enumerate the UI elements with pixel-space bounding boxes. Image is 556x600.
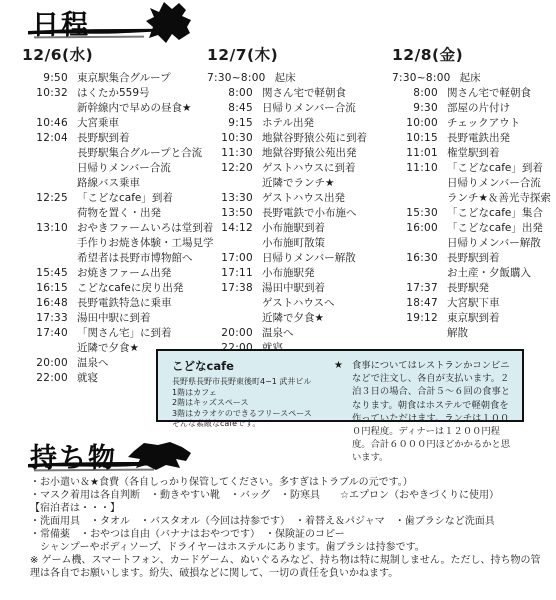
item-time: 16:30 — [392, 251, 438, 266]
item-time: 16:15 — [22, 281, 68, 296]
item-time — [392, 236, 438, 251]
item-text: 日帰りメンバー解散 — [447, 236, 541, 251]
item-text: 部屋の片付け — [447, 101, 510, 116]
schedule-item: 16:30長野駅到着 — [392, 251, 556, 266]
item-time — [392, 266, 438, 281]
schedule-item: 13:50長野電鉄で小布施へ — [207, 206, 391, 221]
item-text: チェックアウト — [447, 116, 520, 131]
item-text: 東京駅集合グループ — [77, 71, 171, 86]
schedule-item: 小布施町散策 — [207, 236, 391, 251]
schedule-item: 8:00関さん宅で軽朝食 — [207, 86, 391, 101]
item-text: ゲストハウスへ — [262, 296, 335, 311]
item-text: ホテル出発 — [262, 116, 314, 131]
item-text: 起床 — [275, 71, 296, 86]
item-time: 10:32 — [22, 86, 68, 101]
item-time: 10:46 — [22, 116, 68, 131]
item-time: 7:30~8:00 — [207, 71, 266, 86]
item-text: 大宮乗車 — [77, 116, 119, 131]
item-text: 長野電鉄特急に乗車 — [77, 296, 172, 311]
item-text: 小布施駅発 — [262, 266, 315, 281]
item-time: 17:40 — [22, 326, 68, 341]
item-text: 長野駅到着 — [447, 251, 500, 266]
item-time — [22, 146, 68, 161]
schedule-item: 10:15長野電鉄出発 — [392, 131, 556, 146]
item-text: 「関さん宅」に到着 — [77, 326, 172, 341]
animal-silhouette-icon — [128, 441, 192, 471]
item-time: 16:48 — [22, 296, 68, 311]
schedule-item: 12:04長野駅到着 — [22, 131, 206, 146]
item-time: 10:15 — [392, 131, 438, 146]
item-text: 温泉へ — [262, 326, 294, 341]
item-text: 路線バス乗車 — [77, 176, 140, 191]
schedule-item: 17:00日帰りメンバー解散 — [207, 251, 391, 266]
schedule-item: 18:47大宮駅下車 — [392, 296, 556, 311]
item-time — [22, 176, 68, 191]
item-text: ランチ★＆善光寺探索 — [447, 191, 551, 206]
cafe-info-note: ★ 食事についてはレストランかコンビニなどで注文し、各自が支払います。２泊３日の… — [326, 351, 522, 420]
item-text: 新幹線内で早めの昼食★ — [77, 101, 191, 116]
cafe-detail-line: 2階はキッズスペース — [172, 398, 324, 409]
cafe-detail-line: 1階はカフェ — [172, 388, 324, 399]
item-time: 9:15 — [207, 116, 253, 131]
day-heading: 12/7(木) — [207, 43, 391, 65]
item-text: 湯田中駅に到着 — [77, 311, 151, 326]
item-text: 荷物を置く・出発 — [77, 206, 161, 221]
day-column: 12/8(金)7:30~8:00起床8:00関さん宅で軽朝食9:30部屋の片付け… — [392, 43, 556, 341]
schedule-item: 8:00関さん宅で軽朝食 — [392, 86, 556, 101]
item-time — [22, 206, 68, 221]
schedule-item: 14:12小布施駅到着 — [207, 221, 391, 236]
cafe-detail-line: そんな素敵なcafeです。 — [172, 419, 324, 430]
item-text: 就寝 — [77, 371, 98, 386]
item-time: 9:30 — [392, 101, 438, 116]
item-text: 大宮駅下車 — [447, 296, 500, 311]
item-time: 15:45 — [22, 266, 68, 281]
item-time: 13:50 — [207, 206, 253, 221]
item-time — [207, 176, 253, 191]
item-time: 8:45 — [207, 101, 253, 116]
item-text: はくたか559号 — [77, 86, 150, 101]
schedule-item: 10:46大宮乗車 — [22, 116, 206, 131]
schedule-item: 10:32はくたか559号 — [22, 86, 206, 101]
item-time: 11:30 — [207, 146, 253, 161]
schedule-item: 13:30ゲストハウス出発 — [207, 191, 391, 206]
item-time: 10:00 — [392, 116, 438, 131]
item-text: 日帰りメンバー合流 — [262, 101, 356, 116]
item-time: 14:12 — [207, 221, 253, 236]
item-time — [207, 236, 253, 251]
schedule-item: 17:37長野駅発 — [392, 281, 556, 296]
item-text: 小布施町散策 — [262, 236, 325, 251]
schedule-item: 11:01権堂駅到着 — [392, 146, 556, 161]
schedule-item: 11:10「こどなcafe」到着 — [392, 161, 556, 176]
belongings-line: シャンプーやボディソープ、ドライヤーはホステルにあります。歯ブラシは持参です。 — [30, 541, 544, 554]
item-time — [22, 236, 68, 251]
item-text: 希望者は長野市博物館へ — [77, 251, 193, 266]
item-text: ゲストハウス出発 — [262, 191, 345, 206]
schedule-item: 17:33湯田中駅に到着 — [22, 311, 206, 326]
schedule-item: 8:45日帰りメンバー合流 — [207, 101, 391, 116]
item-text: 手作りお焼き体験・工場見学 — [77, 236, 214, 251]
schedule-item: 手作りお焼き体験・工場見学 — [22, 236, 206, 251]
item-text: 温泉へ — [77, 356, 109, 371]
belongings-title: 持ち物 — [30, 436, 117, 475]
item-text: お土産・夕飯購入 — [447, 266, 531, 281]
belongings-line: ・常備薬 ・おやつは自由（バナナはおやつです） ・保険証のコピー — [30, 528, 544, 541]
schedule-item: 近隣でランチ★ — [207, 176, 391, 191]
schedule-item: 日帰りメンバー合流 — [22, 161, 206, 176]
item-time: 10:30 — [207, 131, 253, 146]
item-time: 7:30~8:00 — [392, 71, 451, 86]
item-time: 13:30 — [207, 191, 253, 206]
item-text: 湯田中駅到着 — [262, 281, 325, 296]
day-heading: 12/6(水) — [22, 43, 206, 65]
item-time: 11:01 — [392, 146, 438, 161]
item-time: 13:10 — [22, 221, 68, 236]
schedule-item: 16:00「こどなcafe」出発 — [392, 221, 556, 236]
meal-note-text: 食事についてはレストランかコンビニなどで注文し、各自が支払います。２泊３日の場合… — [352, 359, 512, 465]
item-time: 9:50 — [22, 71, 68, 86]
item-time: 11:10 — [392, 161, 438, 176]
item-time: 22:00 — [22, 371, 68, 386]
item-time: 15:30 — [392, 206, 438, 221]
schedule-item: ランチ★＆善光寺探索 — [392, 191, 556, 206]
cafe-details: 長野県長野市長野東後町4−1 武井ビル1階はカフェ2階はキッズスペース3階はカラ… — [172, 377, 324, 430]
item-text: 関さん宅で軽朝食 — [447, 86, 531, 101]
belongings-line: ・お小遣い＆★食費（各自しっかり保管してください。多すぎはトラブルの元です。） — [30, 476, 544, 489]
item-time: 17:33 — [22, 311, 68, 326]
belongings-line: ※ ゲーム機、スマートフォン、カードゲーム、ぬいぐるみなど、持ち物は特に規制しま… — [30, 554, 544, 580]
cafe-info-box: こどなcafe 長野県長野市長野東後町4−1 武井ビル1階はカフェ2階はキッズス… — [156, 349, 524, 422]
nagano-silhouette-icon — [146, 0, 192, 44]
item-text: 近隣で夕食★ — [77, 341, 139, 356]
item-text: 近隣でランチ★ — [262, 176, 334, 191]
schedule-item: 12:25「こどなcafe」到着 — [22, 191, 206, 206]
item-text: 日帰りメンバー合流 — [447, 176, 541, 191]
item-text: 地獄谷野猿公苑に到着 — [262, 131, 367, 146]
schedule-item: 希望者は長野市博物館へ — [22, 251, 206, 266]
schedule-item: 9:15ホテル出発 — [207, 116, 391, 131]
item-time: 8:00 — [392, 86, 438, 101]
schedule-item: 10:30地獄谷野猿公苑に到着 — [207, 131, 391, 146]
item-time — [22, 161, 68, 176]
item-time: 18:47 — [392, 296, 438, 311]
item-time: 12:20 — [207, 161, 253, 176]
cafe-name: こどなcafe — [172, 358, 324, 374]
item-time — [207, 296, 253, 311]
item-time: 19:12 — [392, 311, 438, 326]
item-text: 「こどなcafe」到着 — [447, 161, 543, 176]
schedule-item: 15:30「こどなcafe」集合 — [392, 206, 556, 221]
schedule-item: 7:30~8:00起床 — [392, 71, 556, 86]
item-time: 17:00 — [207, 251, 253, 266]
item-text: 長野駅集合グループと合流 — [77, 146, 202, 161]
item-text: お焼きファーム出発 — [77, 266, 171, 281]
item-text: 起床 — [460, 71, 481, 86]
item-text: 東京駅到着 — [447, 311, 500, 326]
day-column: 12/6(水)9:50東京駅集合グループ10:32はくたか559号新幹線内で早め… — [22, 43, 206, 386]
item-time — [207, 311, 253, 326]
item-time: 12:25 — [22, 191, 68, 206]
schedule-item: 17:40「関さん宅」に到着 — [22, 326, 206, 341]
schedule-title: 日程 — [32, 3, 90, 42]
star-icon: ★ — [334, 359, 343, 372]
schedule-item: 10:00チェックアウト — [392, 116, 556, 131]
schedule-item: 日帰りメンバー合流 — [392, 176, 556, 191]
item-text: 「こどなcafe」集合 — [447, 206, 543, 221]
item-text: 解散 — [447, 326, 468, 341]
item-time — [392, 326, 438, 341]
item-text: 小布施駅到着 — [262, 221, 325, 236]
item-text: 「こどなcafe」出発 — [447, 221, 543, 236]
schedule-item: 日帰りメンバー解散 — [392, 236, 556, 251]
item-text: 権堂駅到着 — [447, 146, 500, 161]
item-time: 20:00 — [22, 356, 68, 371]
item-text: 「こどなcafe」到着 — [77, 191, 173, 206]
item-text: 日帰りメンバー解散 — [262, 251, 356, 266]
item-text: ゲストハウスに到着 — [262, 161, 356, 176]
item-time: 17:37 — [392, 281, 438, 296]
item-time: 16:00 — [392, 221, 438, 236]
item-text: 長野駅到着 — [77, 131, 130, 146]
item-time — [392, 176, 438, 191]
schedule-item: 新幹線内で早めの昼食★ — [22, 101, 206, 116]
item-time: 12:04 — [22, 131, 68, 146]
belongings-list: ・お小遣い＆★食費（各自しっかり保管してください。多すぎはトラブルの元です。）・… — [30, 476, 544, 580]
item-time — [22, 101, 68, 116]
cafe-info-left: こどなcafe 長野県長野市長野東後町4−1 武井ビル1階はカフェ2階はキッズス… — [158, 351, 326, 420]
item-time — [22, 341, 68, 356]
cafe-detail-line: 3階はカラオケのできるフリースペース — [172, 409, 324, 420]
schedule-item: 11:30地獄谷野猿公苑出発 — [207, 146, 391, 161]
schedule-item: 12:20ゲストハウスに到着 — [207, 161, 391, 176]
schedule-item: 長野駅集合グループと合流 — [22, 146, 206, 161]
schedule-item: 17:11小布施駅発 — [207, 266, 391, 281]
item-time: 17:11 — [207, 266, 253, 281]
item-text: 関さん宅で軽朝食 — [262, 86, 346, 101]
item-time — [22, 251, 68, 266]
schedule-item: ゲストハウスへ — [207, 296, 391, 311]
schedule-item: 路線バス乗車 — [22, 176, 206, 191]
schedule-item: 15:45お焼きファーム出発 — [22, 266, 206, 281]
schedule-item: 16:15こどなcafeに戻り出発 — [22, 281, 206, 296]
schedule-item: 13:10おやきファームいろは堂到着 — [22, 221, 206, 236]
item-text: 長野駅発 — [447, 281, 489, 296]
schedule-item: 解散 — [392, 326, 556, 341]
schedule-item: 20:00温泉へ — [207, 326, 391, 341]
schedule-item: 9:30部屋の片付け — [392, 101, 556, 116]
schedule-item: 16:48長野電鉄特急に乗車 — [22, 296, 206, 311]
item-time: 20:00 — [207, 326, 253, 341]
item-time: 8:00 — [207, 86, 253, 101]
schedule-item: 9:50東京駅集合グループ — [22, 71, 206, 86]
schedule-item: お土産・夕飯購入 — [392, 266, 556, 281]
belongings-line: ・洗面用具 ・タオル ・バスタオル（今回は持参です） ・着替え＆パジャマ ・歯ブ… — [30, 515, 544, 528]
item-text: 長野電鉄で小布施へ — [262, 206, 357, 221]
day-heading: 12/8(金) — [392, 43, 556, 65]
item-text: おやきファームいろは堂到着 — [77, 221, 213, 236]
itinerary-page: 日程 12/6(水)9:50東京駅集合グループ10:32はくたか559号新幹線内… — [0, 0, 556, 600]
item-time: 17:38 — [207, 281, 253, 296]
schedule-item: 17:38湯田中駅到着 — [207, 281, 391, 296]
schedule-item: 荷物を置く・出発 — [22, 206, 206, 221]
item-text: 近隣で夕食★ — [262, 311, 324, 326]
item-text: 地獄谷野猿公苑出発 — [262, 146, 357, 161]
belongings-line: 【宿泊者は・・・】 — [30, 502, 544, 515]
item-text: 長野電鉄出発 — [447, 131, 510, 146]
schedule-item: 19:12東京駅到着 — [392, 311, 556, 326]
item-time — [392, 191, 438, 206]
schedule-item: 近隣で夕食★ — [207, 311, 391, 326]
item-text: 日帰りメンバー合流 — [77, 161, 171, 176]
schedule-item: 7:30~8:00起床 — [207, 71, 391, 86]
belongings-line: ・マスク着用は各自判断 ・動きやすい靴 ・バッグ ・防寒具 ☆エプロン（おやきづ… — [30, 489, 544, 502]
day-column: 12/7(木)7:30~8:00起床8:00関さん宅で軽朝食8:45日帰りメンバ… — [207, 43, 391, 356]
cafe-detail-line: 長野県長野市長野東後町4−1 武井ビル — [172, 377, 324, 388]
item-text: こどなcafeに戻り出発 — [77, 281, 183, 296]
